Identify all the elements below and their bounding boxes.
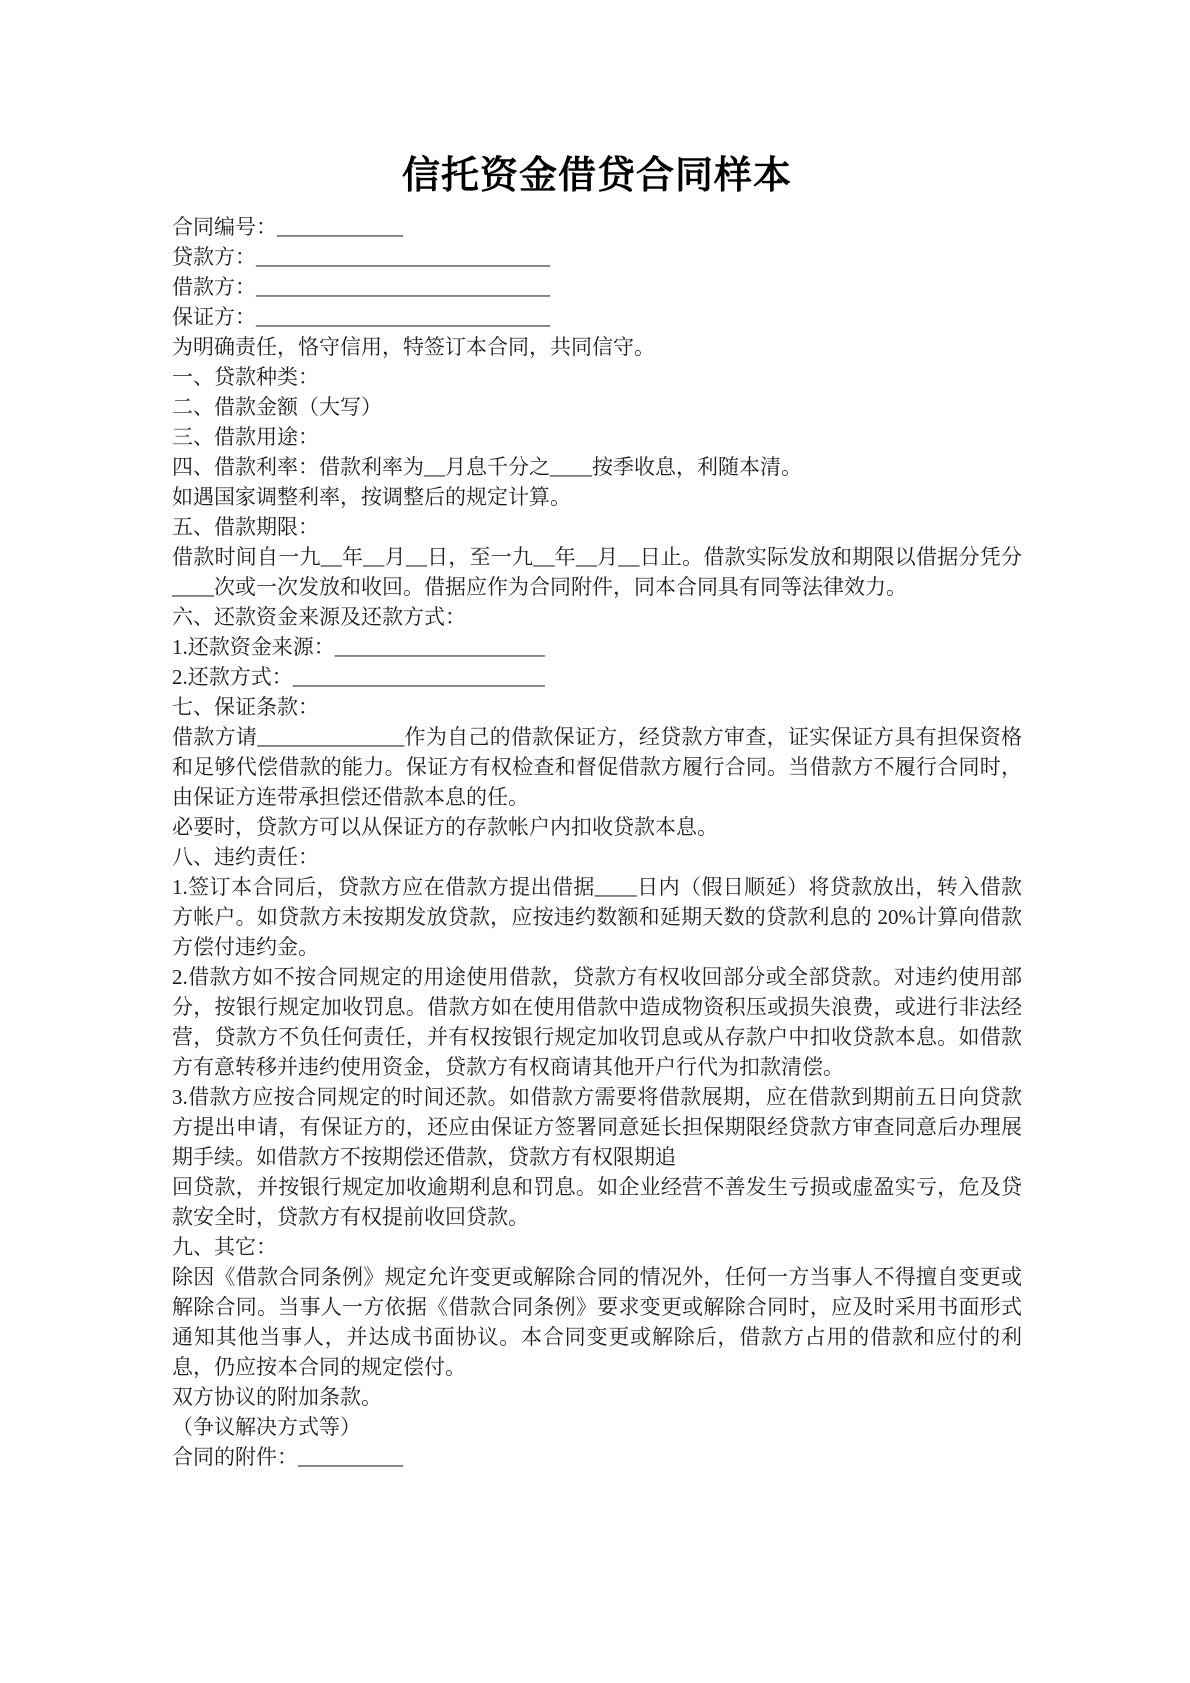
contract-paragraph: 为明确责任，恪守信用，特签订本合同，共同信守。 xyxy=(172,332,1022,362)
contract-paragraph: 除因《借款合同条例》规定允许变更或解除合同的情况外，任何一方当事人不得擅自变更或… xyxy=(172,1262,1022,1382)
contract-paragraph: 1.还款资金来源：____________________ xyxy=(172,632,1022,662)
contract-paragraph: 保证方：____________________________ xyxy=(172,302,1022,332)
contract-paragraph: 双方协议的附加条款。 xyxy=(172,1382,1022,1412)
contract-paragraph: 三、借款用途： xyxy=(172,422,1022,452)
contract-paragraph: 回贷款，并按银行规定加收逾期利息和罚息。如企业经营不善发生亏损或虚盈实亏，危及贷… xyxy=(172,1172,1022,1232)
contract-paragraph: 合同编号：____________ xyxy=(172,212,1022,242)
contract-paragraph: 一、贷款种类： xyxy=(172,362,1022,392)
contract-paragraph: （争议解决方式等） xyxy=(172,1412,1022,1442)
contract-paragraph: 3.借款方应按合同规定的时间还款。如借款方需要将借款展期，应在借款到期前五日向贷… xyxy=(172,1082,1022,1172)
page-title: 信托资金借贷合同样本 xyxy=(172,152,1022,200)
contract-paragraph: 合同的附件：__________ xyxy=(172,1442,1022,1472)
contract-paragraph: 六、还款资金来源及还款方式： xyxy=(172,602,1022,632)
contract-page: 信托资金借贷合同样本 合同编号：____________贷款方：________… xyxy=(0,0,1190,1683)
contract-paragraph: 贷款方：____________________________ xyxy=(172,242,1022,272)
contract-paragraph: 七、保证条款： xyxy=(172,692,1022,722)
contract-paragraph: 借款方请______________作为自己的借款保证方，经贷款方审查，证实保证… xyxy=(172,722,1022,812)
contract-paragraph: 必要时，贷款方可以从保证方的存款帐户内扣收贷款本息。 xyxy=(172,812,1022,842)
contract-paragraph: 二、借款金额（大写） xyxy=(172,392,1022,422)
contract-paragraph: 九、其它： xyxy=(172,1232,1022,1262)
document-body: 合同编号：____________贷款方：___________________… xyxy=(172,212,1022,1472)
contract-paragraph: 1.签订本合同后，贷款方应在借款方提出借据____日内（假日顺延）将贷款放出，转… xyxy=(172,872,1022,962)
contract-paragraph: 四、借款利率：借款利率为__月息千分之____按季收息，利随本清。 xyxy=(172,452,1022,482)
contract-paragraph: 2.还款方式：________________________ xyxy=(172,662,1022,692)
contract-paragraph: 如遇国家调整利率，按调整后的规定计算。 xyxy=(172,482,1022,512)
contract-paragraph: 借款时间自一九__年__月__日，至一九__年__月__日止。借款实际发放和期限… xyxy=(172,542,1022,602)
contract-paragraph: 五、借款期限： xyxy=(172,512,1022,542)
contract-paragraph: 八、违约责任： xyxy=(172,842,1022,872)
contract-paragraph: 2.借款方如不按合同规定的用途使用借款，贷款方有权收回部分或全部贷款。对违约使用… xyxy=(172,962,1022,1082)
contract-paragraph: 借款方：____________________________ xyxy=(172,272,1022,302)
